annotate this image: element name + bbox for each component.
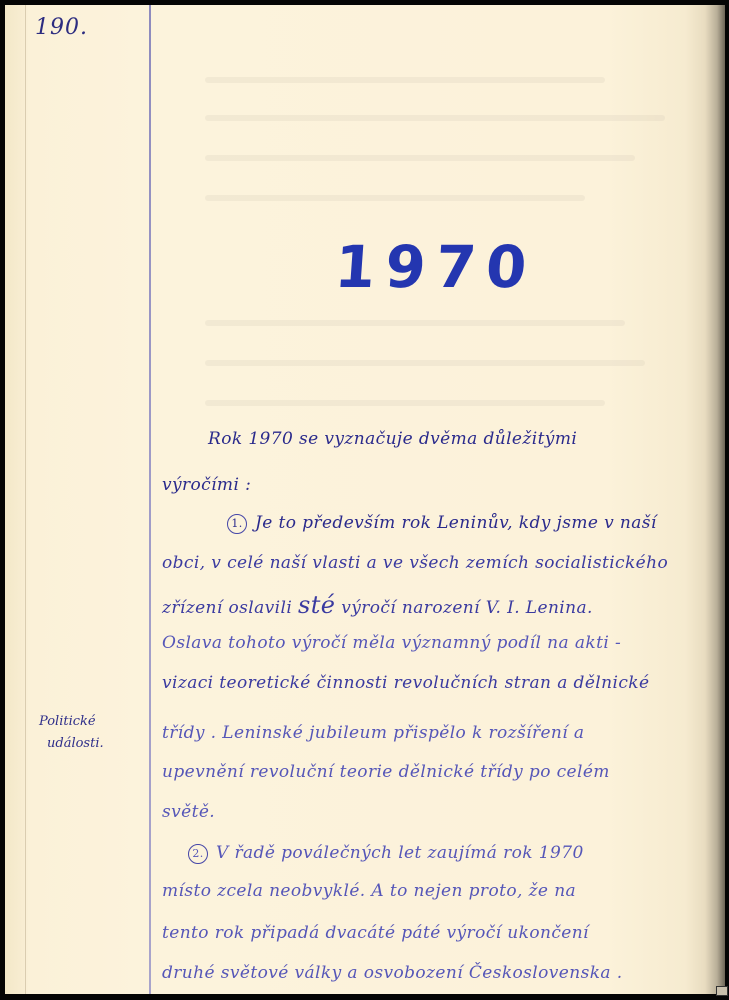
text-line: zřízení oslavili sté výročí narození V. …: [162, 591, 707, 619]
text-line: druhé světové války a osvobození Českosl…: [162, 963, 707, 983]
emphasized-word: sté: [298, 591, 335, 619]
page-number: 190.: [35, 15, 88, 40]
year-heading: 1970: [333, 233, 539, 301]
text-line: vizaci teoretické činnosti revolučních s…: [162, 673, 707, 693]
text-line: místo zcela neobvyklé. A to nejen proto,…: [162, 881, 707, 901]
item-number-badge: 2.: [188, 844, 208, 864]
text-line: 1.Je to především rok Leninův, kdy jsme …: [227, 513, 729, 534]
text-line: 2.V řadě poválečných let zaujímá rok 197…: [188, 843, 729, 864]
text-line: světě.: [162, 802, 707, 822]
margin-note: Politické události.: [39, 711, 104, 755]
bleed-through-text: [205, 195, 585, 201]
margin-note-line-2: události.: [39, 733, 104, 755]
text-line: výročími :: [162, 475, 707, 495]
text-line: třídy . Leninské jubileum přispělo k roz…: [162, 723, 707, 743]
text-line: upevnění revoluční teorie dělnické třídy…: [162, 762, 707, 782]
text-line-content: výročí narození V. I. Lenina.: [341, 598, 593, 618]
chronicle-page: 190. 1970 Politické události. Rok 1970 s…: [5, 5, 725, 994]
margin-note-line-1: Politické: [39, 714, 96, 729]
bleed-through-text: [205, 155, 635, 161]
text-line-content: Je to především rok Leninův, kdy jsme v …: [255, 513, 657, 533]
bleed-through-text: [205, 400, 605, 406]
scan-corner-marker: [716, 986, 728, 996]
text-line: obci, v celé naší vlasti a ve všech zemí…: [162, 553, 707, 573]
text-line: Oslava tohoto výročí měla významný podíl…: [162, 633, 707, 653]
page-fold-line: [25, 5, 26, 994]
bleed-through-text: [205, 115, 665, 121]
bleed-through-text: [205, 77, 605, 83]
text-line: Rok 1970 se vyznačuje dvěma důležitými: [208, 429, 729, 449]
margin-rule-line: [149, 5, 151, 994]
text-line-content: V řadě poválečných let zaujímá rok 1970: [216, 843, 584, 863]
item-number-badge: 1.: [227, 514, 247, 534]
bleed-through-text: [205, 320, 625, 326]
text-line: tento rok připadá dvacáté páté výročí uk…: [162, 923, 707, 943]
bleed-through-text: [205, 360, 645, 366]
text-line-content: zřízení oslavili: [162, 598, 292, 618]
